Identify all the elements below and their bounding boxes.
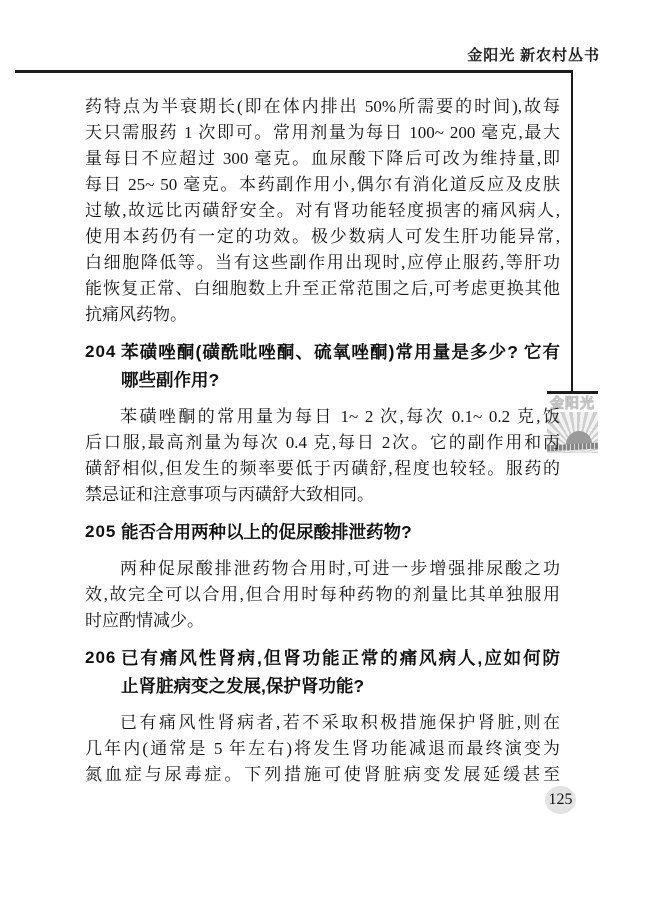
body-paragraph: 药特点为半衰期长(即在体内排出 50%所需要的时间),故每天只需服药 1 次即可… <box>85 94 560 328</box>
question-heading: 206已有痛风性肾病,但肾功能正常的痛风病人,应如何防止肾脏病变之发展,保护肾功… <box>85 644 560 700</box>
text-line: 几年内(通常是 5 年左右)将发生肾功能减退而最终演变为 <box>85 736 560 762</box>
text-line: 量每日不应超过 300 毫克。血尿酸下降后可改为维持量,即 <box>85 146 560 172</box>
main-text-column: 药特点为半衰期长(即在体内排出 50%所需要的时间),故每天只需服药 1 次即可… <box>85 94 560 788</box>
book-page: 金阳光 新农村丛书 金阳光 药特点为半衰期长(即在体内排出 50%所需要的时间)… <box>0 0 667 902</box>
text-line: 白细胞降低等。当有这些副作用出现时,应停止服药,等肝功 <box>85 250 560 276</box>
question-number: 206 <box>85 644 116 672</box>
body-paragraph: 苯磺唑酮的常用量为每日 1~ 2 次,每次 0.1~ 0.2 克,饭后口服,最高… <box>85 404 560 508</box>
sidebar-vertical-rule <box>571 72 573 392</box>
running-head-series-title: 金阳光 新农村丛书 <box>467 44 600 65</box>
text-line: 抗痛风药物。 <box>85 302 560 328</box>
question-number: 205 <box>85 518 116 546</box>
text-line: 过敏,故远比丙磺舒安全。对有肾功能轻度损害的痛风病人, <box>85 198 560 224</box>
page-number: 125 <box>545 786 576 814</box>
question-heading: 204苯磺唑酮(磺酰吡唑酮、硫氧唑酮)常用量是多少? 它有哪些副作用? <box>85 338 560 394</box>
text-line: 止肾脏病变之发展,保护肾功能? <box>121 672 560 700</box>
text-line: 效,故完全可以合用,但合用时每种药物的剂量比其单独服用 <box>85 582 560 608</box>
body-paragraph: 已有痛风性肾病者,若不采取积极措施保护肾脏,则在几年内(通常是 5 年左右)将发… <box>85 710 560 788</box>
text-line: 天只需服药 1 次即可。常用剂量为每日 100~ 200 毫克,最大 <box>85 120 560 146</box>
text-line: 药特点为半衰期长(即在体内排出 50%所需要的时间),故每 <box>85 94 560 120</box>
text-line: 氮血症与尿毒症。下列措施可使肾脏病变发展延缓甚至 <box>85 762 560 788</box>
text-line: 苯磺唑酮(磺酰吡唑酮、硫氧唑酮)常用量是多少? 它有 <box>121 338 560 366</box>
text-line: 时应酌情减少。 <box>85 608 560 634</box>
text-line: 能否合用两种以上的促尿酸排泄药物? <box>121 518 560 546</box>
text-line: 磺舒相似,但发生的频率要低于丙磺舒,程度也较轻。服药的 <box>85 456 560 482</box>
question-number: 204 <box>85 338 116 366</box>
text-line: 苯磺唑酮的常用量为每日 1~ 2 次,每次 0.1~ 0.2 克,饭 <box>85 404 560 430</box>
text-line: 已有痛风性肾病者,若不采取积极措施保护肾脏,则在 <box>85 710 560 736</box>
text-line: 每日 25~ 50 毫克。本药副作用小,偶尔有消化道反应及皮肤 <box>85 172 560 198</box>
text-line: 已有痛风性肾病,但肾功能正常的痛风病人,应如何防 <box>121 644 560 672</box>
text-line: 能恢复正常、白细胞数上升至正常范围之后,可考虑更换其他 <box>85 276 560 302</box>
header-rule <box>15 70 573 73</box>
body-paragraph: 两种促尿酸排泄药物合用时,可进一步增强排尿酸之功效,故完全可以合用,但合用时每种… <box>85 556 560 634</box>
text-line: 后口服,最高剂量为每次 0.4 克,每日 2次。它的副作用和丙 <box>85 430 560 456</box>
text-line: 两种促尿酸排泄药物合用时,可进一步增强排尿酸之功 <box>85 556 560 582</box>
text-line: 哪些副作用? <box>121 366 560 394</box>
text-line: 使用本药仍有一定的功效。极少数病人可发生肝功能异常, <box>85 224 560 250</box>
question-heading: 205能否合用两种以上的促尿酸排泄药物? <box>85 518 560 546</box>
text-line: 禁忌证和注意事项与丙磺舒大致相同。 <box>85 482 560 508</box>
